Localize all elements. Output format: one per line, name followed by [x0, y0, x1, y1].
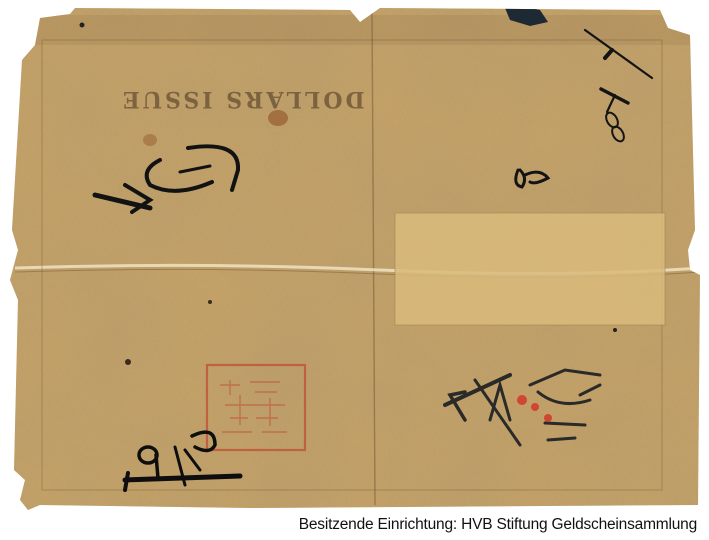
image-caption: Besitzende Einrichtung: HVB Stiftung Gel…: [299, 516, 697, 534]
banknote-photo: DOLLARS ISSUE: [0, 0, 709, 540]
banknote-paper: [0, 0, 709, 540]
show-through-text: DOLLARS ISSUE: [120, 86, 365, 112]
